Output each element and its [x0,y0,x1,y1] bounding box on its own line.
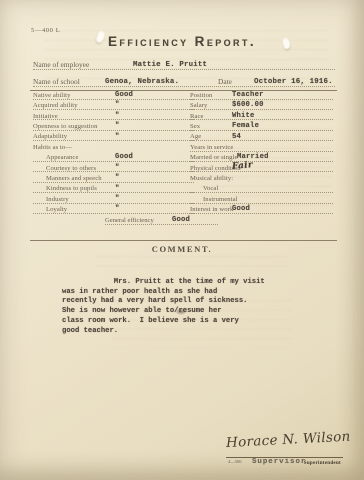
field-salary-value: $600.00 [232,101,264,109]
field-industry: Industry" [33,195,196,205]
page-title: Efficiency Report. [0,34,364,49]
field-instrumental: Instrumental [190,195,335,205]
print-code: 4—500 [228,459,242,464]
field-age: Age54 [190,133,335,143]
divider [30,240,337,241]
field-vocal: Vocal [190,185,335,195]
field-adaptability: Adaptability" [33,133,196,143]
signature-typed-role: Supervisor [252,458,306,466]
ink-bleed-through [95,256,290,274]
field-native-ability-value: Good [115,91,133,99]
field-salary: Salary$600.00 [190,101,335,111]
school-name-row: Name of school Genoa, Nebraska. Date Oct… [33,74,335,87]
ditto-mark: " [115,122,120,130]
ditto-mark: " [115,101,120,109]
field-race: RaceWhite [190,112,335,122]
ditto-mark: " [115,174,120,182]
field-physical-condition-value: Fair [232,160,254,172]
field-sex-value: Female [232,122,259,130]
musical-ability-heading: Musical ability: [190,174,335,184]
school-name-label: Name of school [33,77,80,86]
field-physical-condition: Physical conditionFair [190,164,335,174]
field-acquired-ability: Acquired ability" [33,101,196,111]
ditto-mark: " [115,195,120,203]
field-openness-to-suggestion: Openness to suggestion" [33,122,196,132]
date-value: October 16, 1916. [254,78,333,86]
field-courtesy-to-others: Courtesy to others" [33,164,196,174]
field-years-in-service: Years in service [190,143,335,153]
field-initiative: Initiative" [33,112,196,122]
field-appearance-value: Good [115,153,133,161]
comment-heading: COMMENT. [0,244,364,254]
ditto-mark: " [115,133,120,141]
field-general-efficiency: General efficiency Good [105,215,218,227]
habits-as-to-heading: Habits as to— [33,143,196,153]
date-label: Date [218,77,232,86]
field-native-ability: Native abilityGood [33,91,196,101]
ditto-mark: " [115,112,120,120]
field-position-value: Teacher [232,91,264,99]
employee-name-label: Name of employee [33,60,89,69]
signature-printed-role: Superintendent [304,461,341,466]
field-appearance: AppearanceGood [33,153,196,163]
form-number: 5—400 L [31,27,60,34]
ditto-mark: " [115,205,120,213]
field-race-value: White [232,112,255,120]
school-name-value: Genoa, Nebraska. [105,78,179,86]
field-kindness-to-pupils: Kindness to pupils" [33,185,196,195]
field-sex: SexFemale [190,122,335,132]
field-married-or-single: Married or singleMarried [190,153,335,163]
field-manners-and-speech: Manners and speech" [33,174,196,184]
ditto-mark: " [115,164,120,172]
typewriter-overstrike-mark [175,308,187,315]
field-position: PositionTeacher [190,91,335,101]
employee-name-value: Mattie E. Pruitt [133,61,207,69]
field-age-value: 54 [232,133,241,141]
field-interest-in-work-value: Good [232,205,250,213]
general-efficiency-label: General efficiency [105,217,154,224]
employee-name-row: Name of employee Mattie E. Pruitt [33,57,335,70]
ratings-left-column: Native abilityGood Acquired ability" Ini… [33,91,196,216]
supervisor-signature: Horace N. Wilson [226,429,345,451]
ditto-mark: " [115,185,120,193]
ratings-right-column: PositionTeacher Salary$600.00 RaceWhite … [190,91,335,216]
general-efficiency-value: Good [172,216,190,224]
scanned-form-page: 5—400 L Efficiency Report. Name of emplo… [0,0,364,480]
